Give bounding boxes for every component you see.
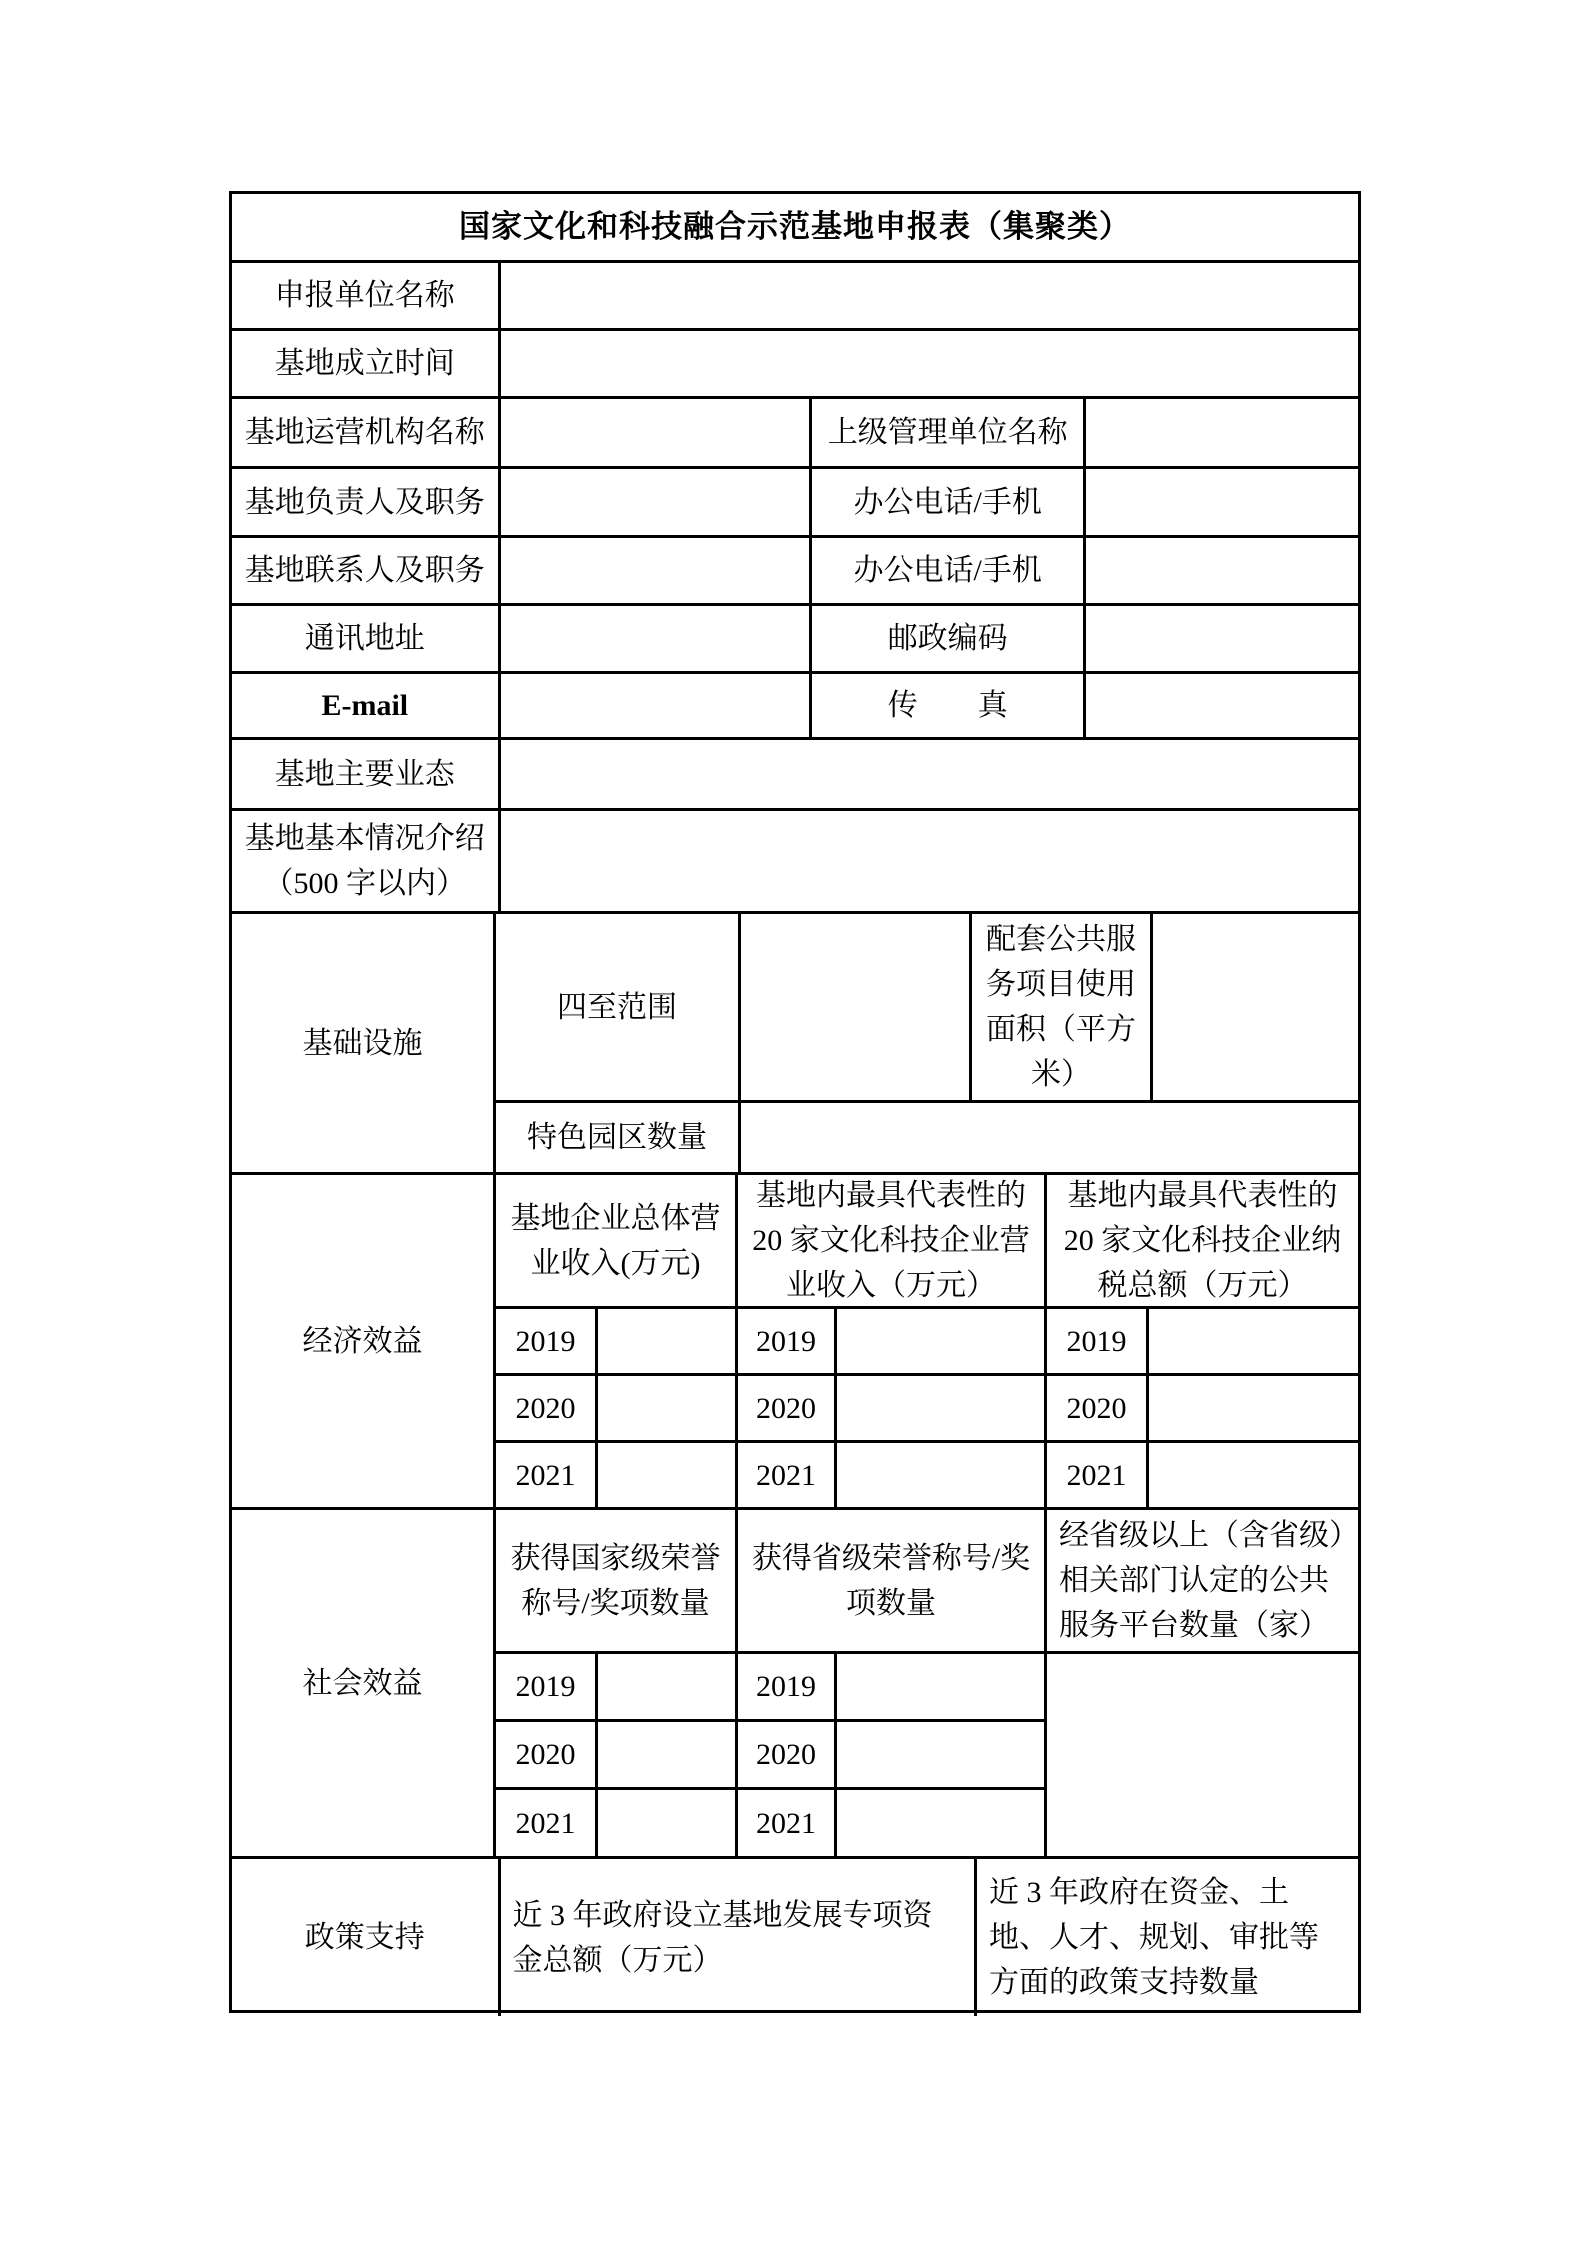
header-total-revenue: 基地企业总体营业收入(万元) xyxy=(496,1175,738,1309)
field-label-postal-code: 邮政编码 xyxy=(812,606,1087,674)
value-top20-revenue-2021[interactable] xyxy=(837,1443,1047,1510)
field-label-support-service-area: 配套公共服务项目使用面积（平方米） xyxy=(972,914,1153,1103)
year-cell: 2021 xyxy=(738,1443,837,1510)
field-value-base-established-date[interactable] xyxy=(501,331,1358,399)
year-cell: 2019 xyxy=(496,1654,598,1722)
field-value-base-contact-position[interactable] xyxy=(501,538,812,606)
field-label-main-business: 基地主要业态 xyxy=(232,740,501,811)
year-cell: 2021 xyxy=(738,1790,837,1859)
field-label-base-head-position: 基地负责人及职务 xyxy=(232,469,501,538)
field-label-fax: 传 真 xyxy=(812,674,1087,740)
value-provincial-honors-2020[interactable] xyxy=(837,1722,1047,1790)
field-value-head-office-phone[interactable] xyxy=(1086,469,1358,538)
field-label-boundary-range: 四至范围 xyxy=(496,914,741,1103)
field-label-base-established-date: 基地成立时间 xyxy=(232,331,501,399)
header-public-platforms: 经省级以上（含省级）相关部门认定的公共服务平台数量（家） xyxy=(1047,1510,1358,1654)
section-infrastructure: 基础设施 四至范围 配套公共服务项目使用面积（平方米） 特色园区数量 xyxy=(232,914,1358,1175)
field-value-contact-office-phone[interactable] xyxy=(1086,538,1358,606)
value-total-revenue-2020[interactable] xyxy=(598,1376,738,1443)
year-cell: 2021 xyxy=(1047,1443,1149,1510)
year-cell: 2020 xyxy=(496,1722,598,1790)
value-national-honors-2021[interactable] xyxy=(598,1790,738,1859)
field-label-mailing-address: 通讯地址 xyxy=(232,606,501,674)
value-top20-tax-2019[interactable] xyxy=(1149,1309,1358,1376)
field-value-mailing-address[interactable] xyxy=(501,606,812,674)
value-provincial-honors-2019[interactable] xyxy=(837,1654,1047,1722)
field-value-boundary-range[interactable] xyxy=(741,914,972,1103)
section-label-social-benefit: 社会效益 xyxy=(232,1510,496,1859)
field-label-contact-office-phone: 办公电话/手机 xyxy=(812,538,1087,606)
field-value-featured-parks-count[interactable] xyxy=(741,1103,1358,1175)
field-value-declaring-unit-name[interactable] xyxy=(501,263,1358,331)
section-policy-support: 政策支持 近 3 年政府设立基地发展专项资金总额（万元） 近 3 年政府在资金、… xyxy=(232,1859,1358,2016)
section-economic-benefit: 经济效益 基地企业总体营业收入(万元) 基地内最具代表性的20 家文化科技企业营… xyxy=(232,1175,1358,1510)
field-value-postal-code[interactable] xyxy=(1086,606,1358,674)
value-total-revenue-2019[interactable] xyxy=(598,1309,738,1376)
header-national-honors: 获得国家级荣誉称号/奖项数量 xyxy=(496,1510,738,1654)
value-top20-revenue-2020[interactable] xyxy=(837,1376,1047,1443)
field-label-special-fund-total: 近 3 年政府设立基地发展专项资金总额（万元） xyxy=(501,1859,977,2016)
field-label-declaring-unit-name: 申报单位名称 xyxy=(232,263,501,331)
social-year-row-2021: 2021 2021 xyxy=(496,1790,1047,1859)
field-label-policy-support-count: 近 3 年政府在资金、土地、人才、规划、审批等方面的政策支持数量 xyxy=(977,1859,1358,2016)
year-cell: 2021 xyxy=(496,1443,598,1510)
social-year-row-2019: 2019 2019 xyxy=(496,1654,1047,1722)
header-top20-tax: 基地内最具代表性的20 家文化科技企业纳税总额（万元） xyxy=(1047,1175,1358,1309)
value-provincial-honors-2021[interactable] xyxy=(837,1790,1047,1859)
field-value-support-service-area[interactable] xyxy=(1153,914,1358,1103)
social-year-row-2020: 2020 2020 xyxy=(496,1722,1047,1790)
field-label-superior-authority-name: 上级管理单位名称 xyxy=(812,399,1087,469)
field-value-fax[interactable] xyxy=(1086,674,1358,740)
value-top20-revenue-2019[interactable] xyxy=(837,1309,1047,1376)
value-national-honors-2019[interactable] xyxy=(598,1654,738,1722)
year-cell: 2019 xyxy=(1047,1309,1149,1376)
value-top20-tax-2021[interactable] xyxy=(1149,1443,1358,1510)
field-value-base-introduction[interactable] xyxy=(501,811,1358,914)
document-page: 国家文化和科技融合示范基地申报表（集聚类） 申报单位名称 基地成立时间 基地运营… xyxy=(0,0,1587,2245)
field-value-email[interactable] xyxy=(501,674,812,740)
value-public-platforms[interactable] xyxy=(1047,1654,1358,1859)
header-top20-revenue: 基地内最具代表性的20 家文化科技企业营业收入（万元） xyxy=(738,1175,1047,1309)
economic-year-row-2019: 2019 2019 2019 xyxy=(496,1309,1358,1376)
year-cell: 2020 xyxy=(496,1376,598,1443)
field-value-superior-authority-name[interactable] xyxy=(1086,399,1358,469)
field-label-featured-parks-count: 特色园区数量 xyxy=(496,1103,741,1175)
year-cell: 2019 xyxy=(738,1309,837,1376)
field-value-main-business[interactable] xyxy=(501,740,1358,811)
year-cell: 2020 xyxy=(738,1722,837,1790)
year-cell: 2020 xyxy=(738,1376,837,1443)
field-label-head-office-phone: 办公电话/手机 xyxy=(812,469,1087,538)
section-label-policy-support: 政策支持 xyxy=(232,1859,501,2016)
field-value-base-operator-name[interactable] xyxy=(501,399,812,469)
form-title: 国家文化和科技融合示范基地申报表（集聚类） xyxy=(232,194,1358,263)
value-top20-tax-2020[interactable] xyxy=(1149,1376,1358,1443)
field-label-email: E-mail xyxy=(232,674,501,740)
economic-year-row-2020: 2020 2020 2020 xyxy=(496,1376,1358,1443)
section-label-economic-benefit: 经济效益 xyxy=(232,1175,496,1510)
field-label-base-contact-position: 基地联系人及职务 xyxy=(232,538,501,606)
year-cell: 2019 xyxy=(738,1654,837,1722)
section-label-infrastructure: 基础设施 xyxy=(232,914,496,1175)
year-cell: 2019 xyxy=(496,1309,598,1376)
value-total-revenue-2021[interactable] xyxy=(598,1443,738,1510)
economic-year-row-2021: 2021 2021 2021 xyxy=(496,1443,1358,1510)
year-cell: 2020 xyxy=(1047,1376,1149,1443)
field-label-base-introduction: 基地基本情况介绍 （500 字以内） xyxy=(232,811,501,914)
field-value-base-head-position[interactable] xyxy=(501,469,812,538)
header-provincial-honors: 获得省级荣誉称号/奖项数量 xyxy=(738,1510,1047,1654)
section-social-benefit: 社会效益 获得国家级荣誉称号/奖项数量 获得省级荣誉称号/奖项数量 经省级以上（… xyxy=(232,1510,1358,1859)
field-label-base-operator-name: 基地运营机构名称 xyxy=(232,399,501,469)
application-form-table: 国家文化和科技融合示范基地申报表（集聚类） 申报单位名称 基地成立时间 基地运营… xyxy=(229,191,1361,2013)
year-cell: 2021 xyxy=(496,1790,598,1859)
value-national-honors-2020[interactable] xyxy=(598,1722,738,1790)
